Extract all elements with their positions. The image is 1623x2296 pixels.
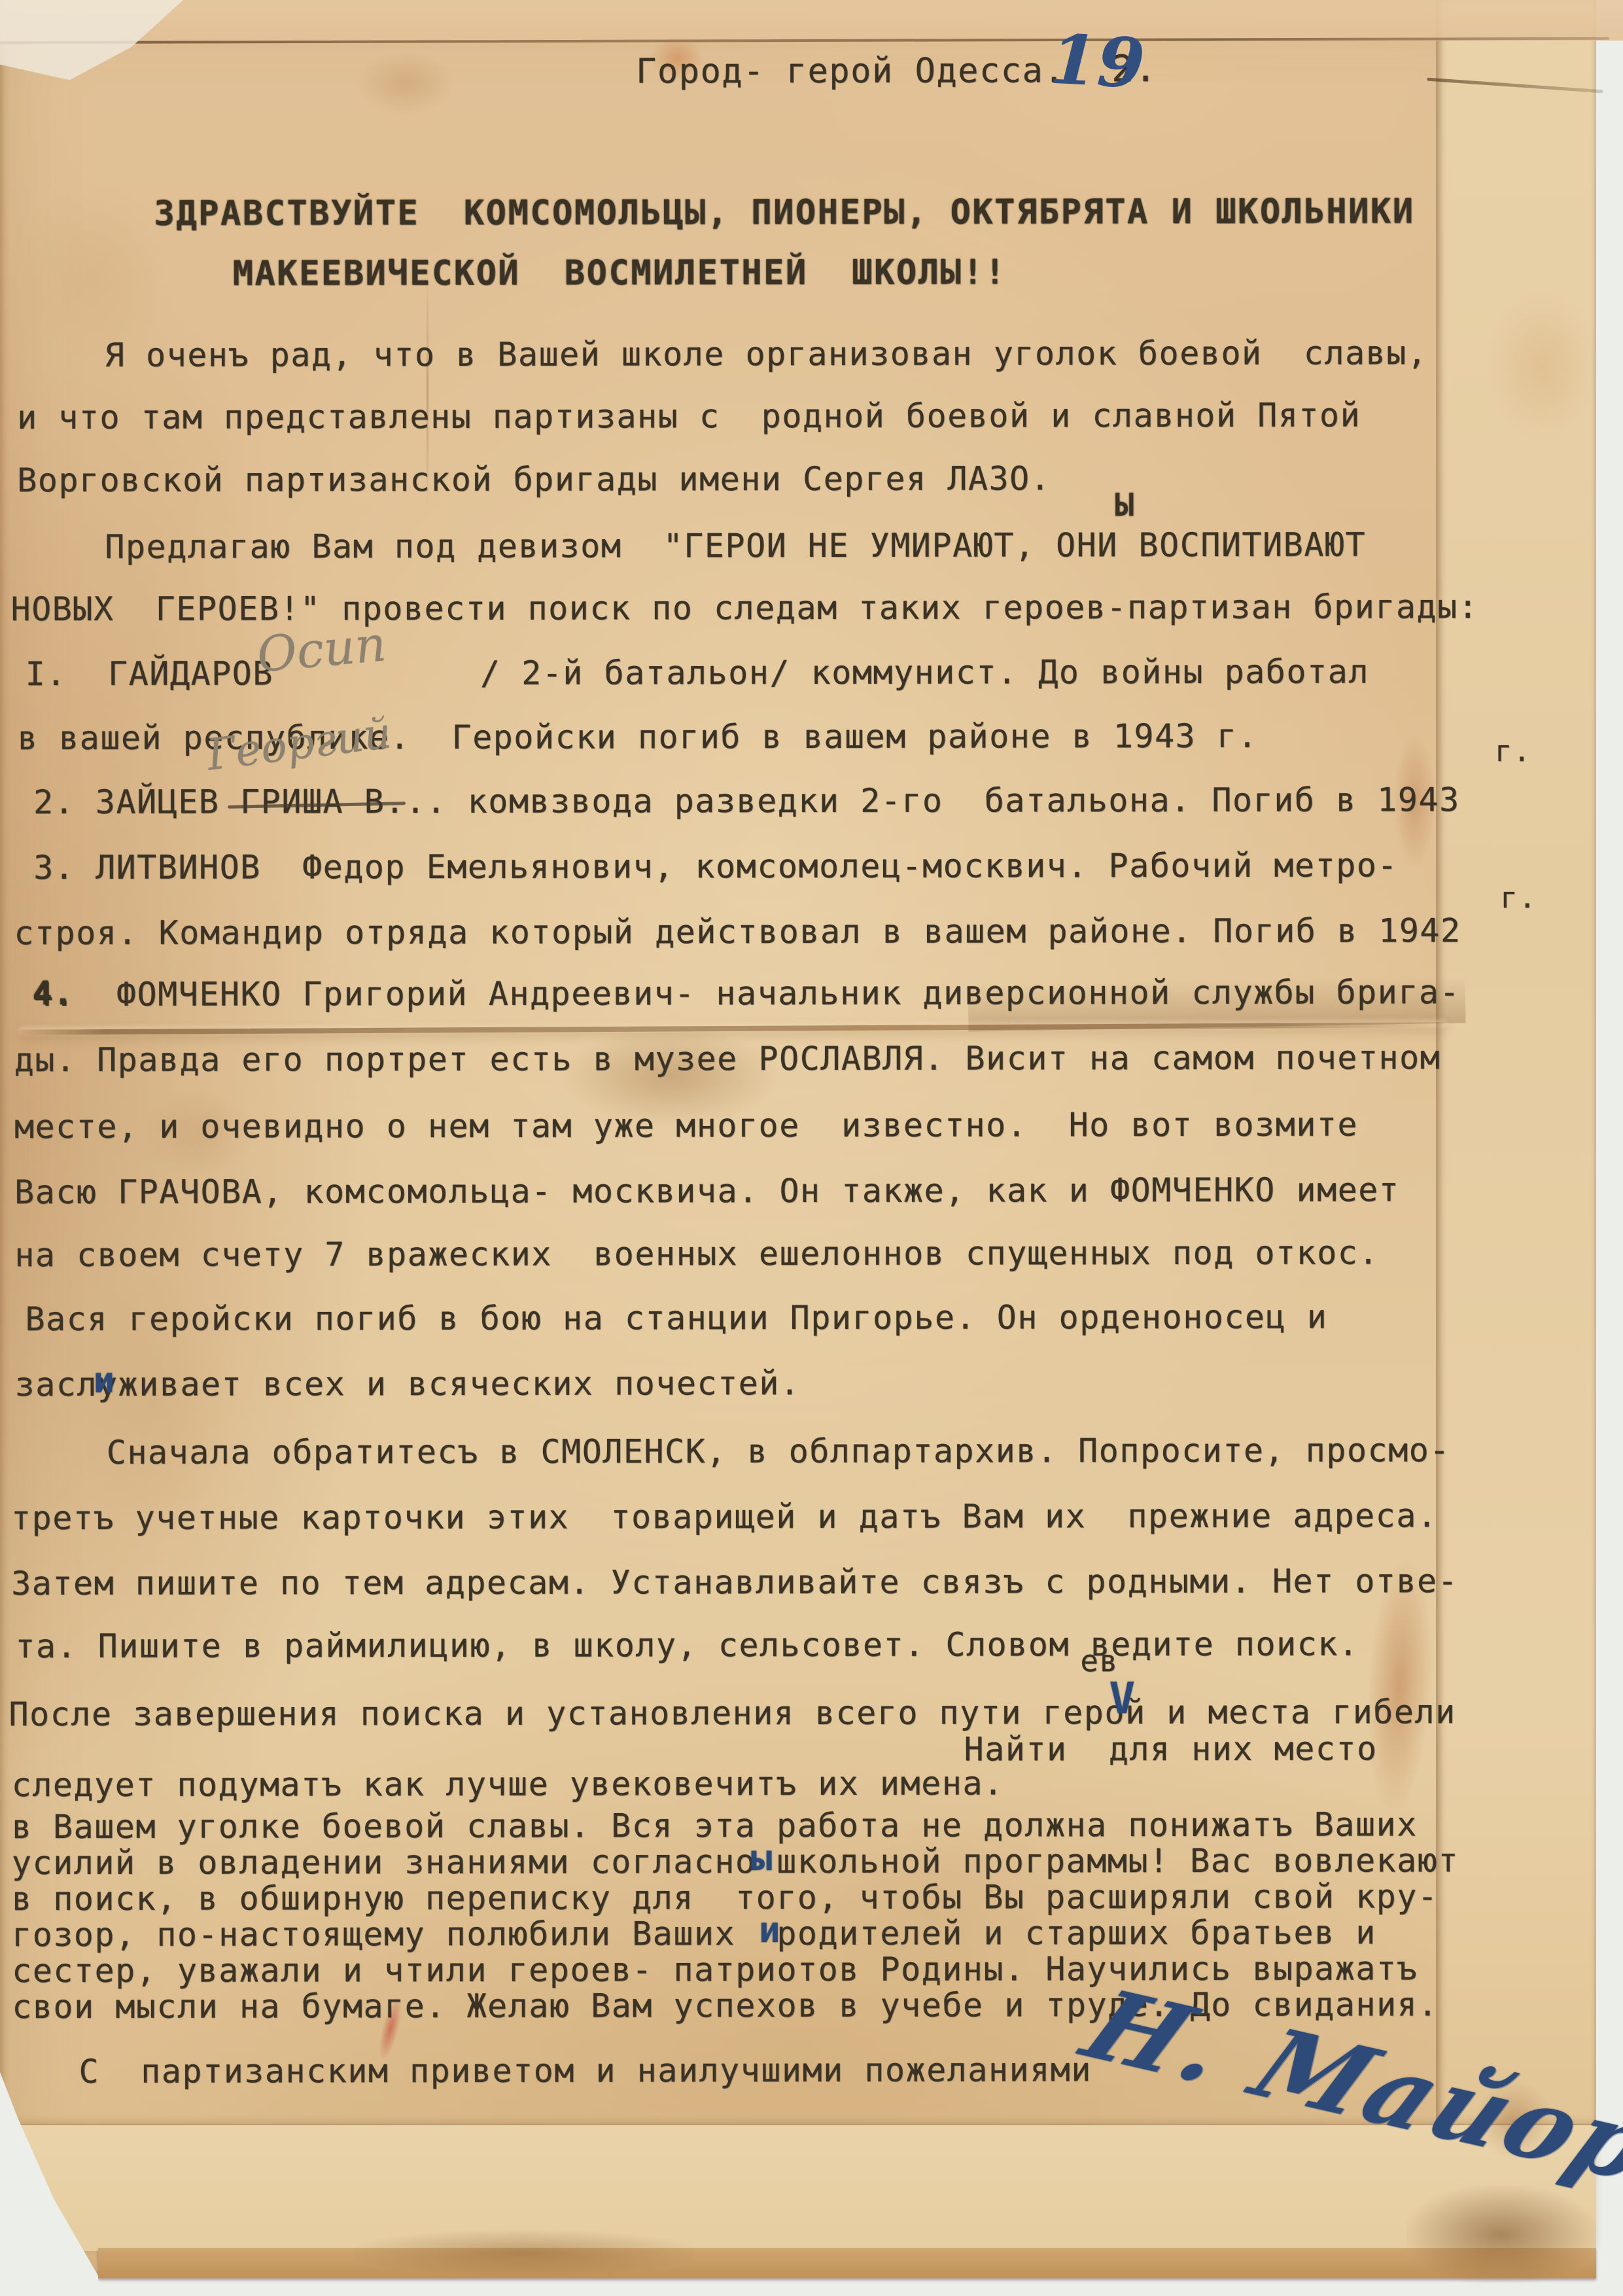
typed-line: Васю ГРАЧОВА, комсомольца- москвича. Он … — [14, 1173, 1399, 1209]
typed-line: и что там представлены партизаны с родно… — [17, 398, 1361, 435]
typed-line: г. — [1495, 737, 1531, 767]
typed-line: заслуживает всех и всяческих почестей. — [15, 1366, 801, 1402]
typed-line: г. — [1500, 883, 1537, 913]
typed-line: Город- герой Одесса. — [636, 53, 1065, 90]
typed-line: 3. ЛИТВИНОВ Федор Емельянович, комсомоле… — [33, 848, 1398, 885]
handwritten-name-gaidarov: Осип — [255, 619, 389, 681]
typed-line: 2. ЗАЙЦЕВ ГРИША В... комвзвода разведки … — [33, 783, 1460, 819]
typed-line: Предлагаю Вам под девизом "ГЕРОИ НЕ УМИР… — [105, 528, 1366, 565]
typed-line: гозор, по-настоящему полюбили Ваших роди… — [12, 1915, 1376, 1952]
typed-line: МАКЕЕВИЧЕСКОЙ ВОСМИЛЕТНЕЙ ШКОЛЫ!! — [233, 255, 1007, 292]
typed-line: ЗДРАВСТВУЙТЕ КОМСОМОЛЬЦЫ, ПИОНЕРЫ, ОКТЯБ… — [154, 194, 1414, 232]
typed-line: Ворговской партизанской бригады имени Се… — [17, 461, 1051, 497]
typed-line: С партизанским приветом и наилучшими пож… — [79, 2053, 1092, 2089]
typed-line: строя. Командир отряда который действова… — [14, 913, 1461, 950]
typed-line: I. ГАЙДАРОВ / 2-й батальон/ коммунист. Д… — [26, 655, 1369, 692]
typed-line: следует подуматъ как лучше увековечитъ и… — [12, 1766, 1004, 1802]
typed-line: ды. Правда его портрет есть в музее РОСЛ… — [14, 1040, 1441, 1077]
typed-line: После завершения поиска и установления в… — [9, 1695, 1456, 1731]
blue-ink-correction: и — [94, 1362, 115, 1400]
typed-line: сестер, уважали и чтили героев- патриото… — [12, 1951, 1418, 1988]
typed-line: третъ учетные карточки этих товарищей и … — [11, 1498, 1438, 1535]
blue-ink-correction: и — [759, 1912, 780, 1949]
text-layer: Город- герой Одесса.2.ЗДРАВСТВУЙТЕ КОМСО… — [0, 0, 1623, 2296]
handwritten-date: 19 — [1048, 24, 1146, 99]
typed-line: 4. ФОМЧЕНКО Григорий Андреевич- начальни… — [34, 975, 1461, 1012]
blue-ink-correction: V — [1109, 1676, 1135, 1721]
typed-line: в Вашем уголке боевой славы. Вся эта раб… — [12, 1807, 1418, 1844]
typed-line: Сначала обратитесъ в СМОЛЕНСК, в облпарт… — [107, 1433, 1450, 1470]
typed-line: месте, и очевидно о нем там уже многое и… — [14, 1108, 1358, 1144]
typed-line: Найти для них место — [964, 1731, 1378, 1767]
typed-overstrike: 4. — [33, 976, 74, 1011]
typed-line: НОВЫХ ГЕРОЕВ!" провести поиск по следам … — [11, 590, 1479, 626]
typed-line: Вася геройски погиб в бою на станции При… — [25, 1300, 1327, 1337]
typed-line: в вашей республике. Геройски погиб в ваш… — [18, 719, 1258, 756]
typed-line: усилий в овладении знаниями согласно шко… — [12, 1843, 1459, 1880]
typed-correction: Ы — [1115, 489, 1134, 521]
typed-line: Затем пишите по тем адресам. Устанавлива… — [11, 1564, 1458, 1600]
typed-line: ев — [1080, 1645, 1118, 1676]
blue-ink-correction: ы — [751, 1840, 773, 1877]
typed-line: Я оченъ рад, что в Вашей школе организов… — [105, 336, 1428, 372]
scanned-letter-page: Город- герой Одесса.2.ЗДРАВСТВУЙТЕ КОМСО… — [0, 0, 1623, 2296]
typed-line: та. Пишите в раймилицию, в школу, сельсо… — [15, 1627, 1359, 1664]
typed-line: в поиск, в обширную переписку для того, … — [12, 1879, 1439, 1916]
typed-line: на своем счету 7 вражеских военных ешело… — [14, 1235, 1379, 1272]
